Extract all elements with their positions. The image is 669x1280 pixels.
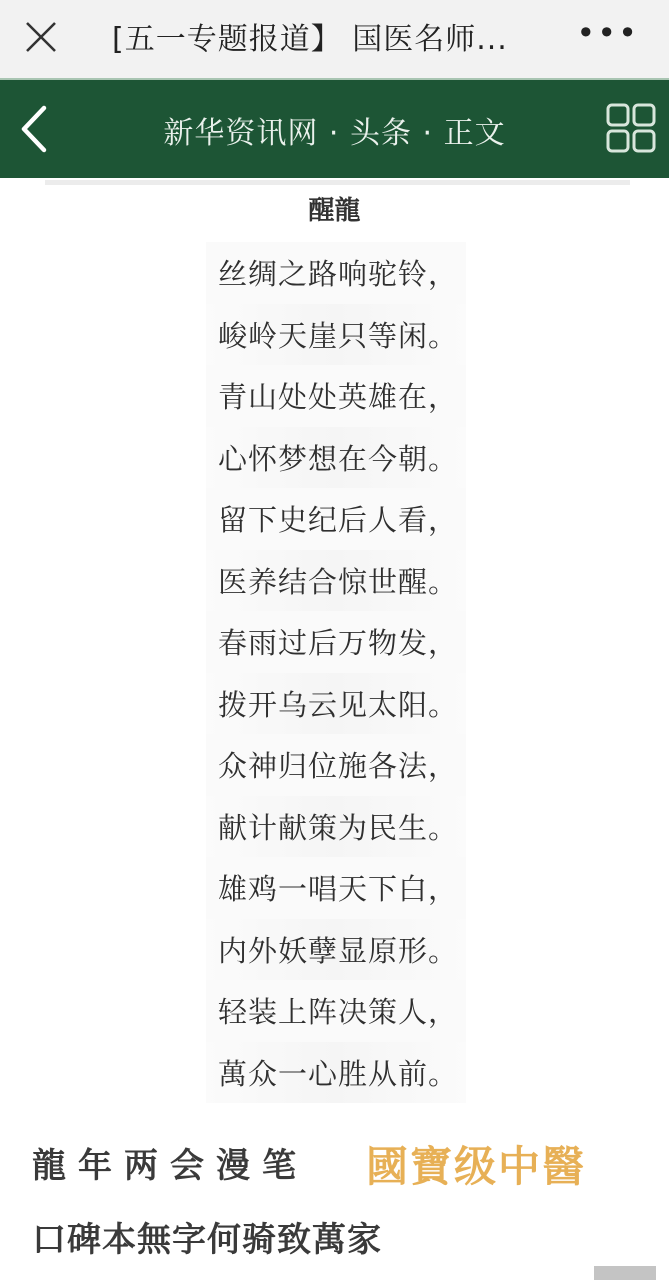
poem-line: 青山处处英雄在， <box>206 365 466 427</box>
poem-line: 心怀梦想在今朝。 <box>206 427 466 489</box>
page-title: [五一专题报道】 国医名师... <box>112 14 508 58</box>
poem-line: 峻岭天崖只等闲。 <box>206 304 466 366</box>
article-subtitle: 口碑本無字何骑致萬家 <box>32 1212 382 1261</box>
content-divider <box>45 180 630 185</box>
poem-line: 拨开乌云见太阳。 <box>206 673 466 735</box>
close-icon[interactable] <box>22 18 60 56</box>
poem-line: 萬众一心胜从前。 <box>206 1042 466 1104</box>
poem-line: 雄鸡一唱天下白， <box>206 857 466 919</box>
poem-line: 丝绸之路响驼铃， <box>206 242 466 304</box>
poem-line: 轻装上阵决策人， <box>206 980 466 1042</box>
brand-text: 國寶级中醫 <box>366 1134 586 1194</box>
poem-line: 春雨过后万物发， <box>206 611 466 673</box>
grid-icon[interactable] <box>605 102 657 154</box>
more-icon[interactable]: ••• <box>576 20 639 46</box>
floating-button-partial[interactable] <box>594 1266 656 1280</box>
breadcrumb: 新华资讯网 · 头条 · 正文 <box>0 108 669 152</box>
section-heading: 龍年两会漫笔 <box>32 1138 308 1187</box>
site-nav-bar: 新华资讯网 · 头条 · 正文 <box>0 78 669 178</box>
poem-line: 众神归位施各法， <box>206 734 466 796</box>
poem-line: 内外妖孽显原形。 <box>206 919 466 981</box>
poem-title: 醒龍 <box>0 190 669 227</box>
poem-line: 医养结合惊世醒。 <box>206 550 466 612</box>
poem-body: 丝绸之路响驼铃， 峻岭天崖只等闲。 青山处处英雄在， 心怀梦想在今朝。 留下史纪… <box>206 242 466 1103</box>
poem-line: 留下史纪后人看， <box>206 488 466 550</box>
poem-line: 献计献策为民生。 <box>206 796 466 858</box>
browser-top-bar: [五一专题报道】 国医名师... ••• <box>0 0 669 78</box>
